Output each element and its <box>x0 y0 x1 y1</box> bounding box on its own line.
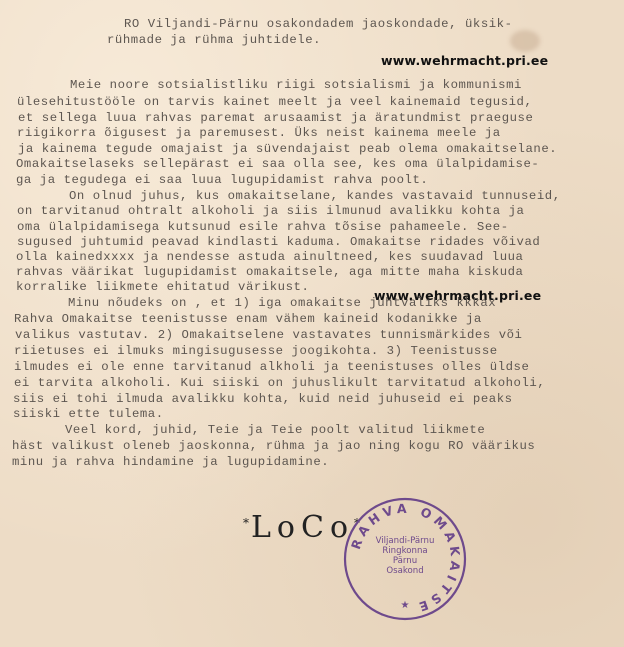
scanned-letter: RO Viljandi-Pärnu osakondadem jaoskondad… <box>0 0 624 647</box>
stamp-line: Viljandi-Pärnu <box>342 536 468 546</box>
body-line: ülesehitustööle on tarvis kainet meelt j… <box>17 95 532 109</box>
body-line: ga ja tegudega ei saa luua lugupidamist … <box>16 173 428 187</box>
body-line: valikus vastutav. 2) Omakaitselene vasta… <box>15 328 522 342</box>
signature-text: LoCo <box>251 510 354 545</box>
body-line: On olnud juhus, kus omakaitselane, kande… <box>69 189 561 203</box>
header-line-1: RO Viljandi-Pärnu osakondadem jaoskondad… <box>124 17 513 31</box>
body-line: olla kainedxxxx ja nendesse astuda ainul… <box>16 250 523 264</box>
body-line: ja kainema tegude omajaist ja süvendajai… <box>18 142 557 156</box>
body-line: rahvas väärikat lugupidamist omakaitsele… <box>16 265 523 279</box>
body-line: ei tarvita alkoholi. Kui siiski on juhus… <box>14 376 545 390</box>
star-glyph: * <box>243 516 251 530</box>
body-line: oma ülalpidamisega kutsunud esile rahva … <box>17 220 509 234</box>
svg-text:★: ★ <box>401 600 410 611</box>
body-line: häst valikust oleneb jaoskonna, rühma ja… <box>12 439 535 453</box>
body-line: siis ei tohi ilmuda avalikku kohta, kuid… <box>13 392 513 406</box>
body-line: on tarvitanud ohtralt alkoholi ja siis i… <box>17 204 524 218</box>
paper-stain <box>510 30 540 52</box>
body-line: Omakaitselaseks sellepärast ei saa olla … <box>16 157 539 171</box>
body-line: Veel kord, juhid, Teie ja Teie poolt val… <box>65 423 485 437</box>
body-line: Meie noore sotsialistliku riigi sotsiali… <box>70 78 522 92</box>
body-line: Rahva Omakaitse teenistusse enam vähem k… <box>14 312 482 326</box>
body-line: sugused juhtumid peavad kindlasti kaduma… <box>17 235 540 249</box>
watermark-top: www.wehrmacht.pri.ee <box>381 53 548 68</box>
body-line: riigikorra õigusest ja paremusest. Üks n… <box>17 126 501 140</box>
stamp-line: Osakond <box>342 566 468 576</box>
stamp-line: Pärnu <box>342 556 468 566</box>
stamp-inner-text: Viljandi-Pärnu Ringkonna Pärnu Osakond <box>342 536 468 576</box>
body-line: ilmudes ei ole enne tarvitanud alkholi j… <box>14 360 529 374</box>
stamp-line: Ringkonna <box>342 546 468 556</box>
body-line: siiski ette tulema. <box>13 407 164 421</box>
official-stamp: RAHVA OMAKAITSE ★ Viljandi-Pärnu Ringkon… <box>342 496 468 622</box>
body-line: minu ja rahva hindamine ja lugupidamine. <box>12 455 329 469</box>
body-line: korralike liikmete ehitatud värikust. <box>16 280 309 294</box>
body-line: et sellega luua rahvas paremat arusaamis… <box>18 111 533 125</box>
header-line-2: rühmade ja rühma juhtidele. <box>107 33 321 47</box>
body-line: riietuses ei ilmuks mingisugusesse joogi… <box>14 344 498 358</box>
body-line: Minu nõudeks on , et 1) iga omakaitse ju… <box>68 296 496 310</box>
